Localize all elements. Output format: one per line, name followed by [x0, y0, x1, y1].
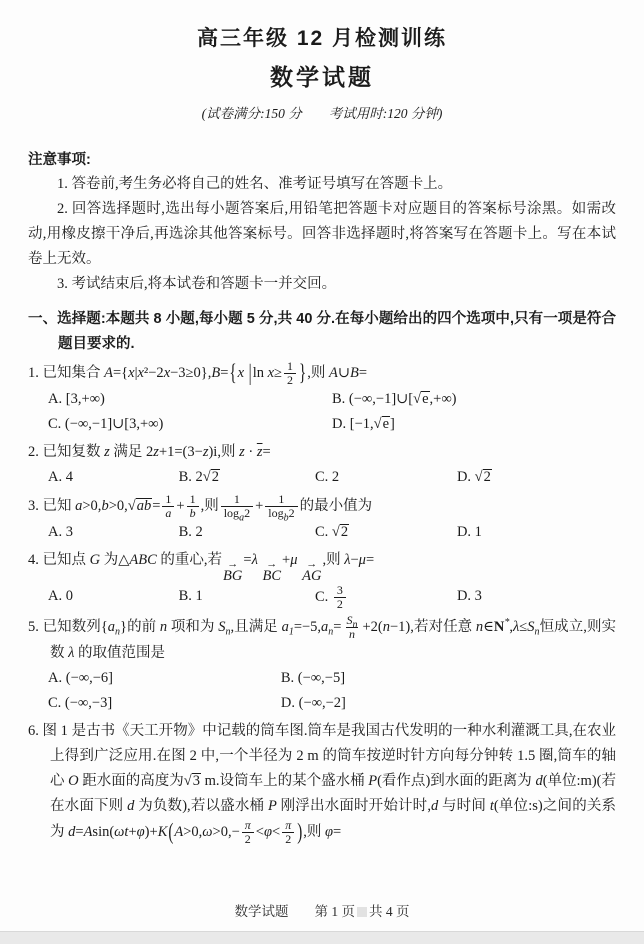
options-row: A. (−∞,−6]B. (−∞,−5]	[28, 666, 616, 691]
question-6: 6. 图 1 是古书《天工开物》中记载的筒车图.筒车是我国古代发明的一种水利灌溉…	[28, 719, 616, 846]
math-var: n	[349, 627, 355, 641]
math-var: z	[104, 444, 110, 460]
option-label: C.	[315, 524, 332, 540]
radicand: e	[382, 416, 390, 433]
math-var: π	[285, 818, 291, 832]
vector: →BG	[223, 561, 242, 584]
section-heading: 一、选择题:本题共 8 小题,每小题 5 分,共 40 分.在每小题给出的四个选…	[28, 307, 616, 357]
exam-subtitle: 数学试题	[28, 62, 616, 92]
sub-script: n	[225, 627, 230, 638]
square-root: √2	[203, 469, 220, 485]
option-label: A.	[48, 391, 66, 407]
vector-letters: BC	[262, 569, 281, 584]
questions-list: 1. 已知集合 A={x|x²−2x−3≥0},B={x |ln x≥12},则…	[28, 360, 616, 846]
math-var: A	[84, 824, 93, 840]
option-D: D. (−∞,−2]	[281, 691, 616, 716]
fraction: 12	[284, 360, 296, 387]
math-var: φ	[137, 824, 145, 840]
math-var: ab	[137, 498, 152, 514]
math-var: x	[238, 365, 244, 381]
option-label: D.	[281, 695, 299, 711]
vector-letters: AG	[302, 569, 321, 584]
option-D: D. 1	[457, 520, 616, 545]
math-var: μ	[359, 552, 366, 568]
denominator: n	[346, 627, 358, 641]
math-var: π	[245, 818, 251, 832]
options-row: A. 4B. 2√2C. 2D. √2	[28, 465, 616, 490]
square-root: √e	[374, 416, 390, 432]
denominator: a	[162, 506, 174, 520]
square-root: √3	[184, 773, 201, 789]
vector: →BC	[262, 561, 281, 584]
option-A: A. (−∞,−6]	[48, 666, 281, 691]
math-var: S	[527, 619, 534, 635]
question-5: 5. 已知数列{an}的前 n 项和为 Sn,且满足 a1=−5,an=Snn+…	[28, 614, 616, 716]
math-var: λ	[513, 619, 519, 635]
math-var: ω	[202, 824, 212, 840]
question-4: 4. 已知点 G 为△ABC 的重心,若→BG=λ →BC+μ →AG,则 λ−…	[28, 548, 616, 611]
option-label: A.	[48, 588, 66, 604]
math-var: d	[127, 798, 134, 814]
radical-icon: √	[374, 412, 382, 437]
notice-item-2: 2. 回答选择题时,选出每小题答案后,用铅笔把答题卡对应题目的答案标号涂黑。如需…	[28, 197, 616, 272]
radicand: 2	[483, 469, 492, 486]
math-var: x	[137, 365, 143, 381]
math-var: λ	[252, 552, 258, 568]
radicand: 2	[211, 469, 220, 486]
option-A: A. 0	[48, 584, 179, 611]
math-var: φ	[264, 824, 272, 840]
fraction: 1b	[187, 493, 199, 520]
denominator: 2	[334, 597, 346, 611]
math-var: z	[203, 444, 209, 460]
math-var: n	[383, 619, 390, 635]
numerator: Sn	[343, 614, 360, 627]
radicand: ab	[136, 498, 153, 515]
option-B: B. 2	[179, 520, 315, 545]
option-label: B.	[179, 524, 196, 540]
option-label: D.	[457, 469, 475, 485]
option-C: C. 2	[315, 465, 457, 490]
option-B: B. 1	[179, 584, 315, 611]
math-var: B	[350, 365, 359, 381]
math-var: x	[268, 365, 274, 381]
math-var: φ	[325, 824, 333, 840]
radicand: 2	[340, 524, 349, 541]
footer-doc-title: 数学试题	[235, 904, 289, 919]
denominator: logb2	[265, 506, 297, 520]
radical-icon: √	[184, 769, 192, 794]
denominator: b	[187, 506, 199, 520]
big-delimiter: (	[168, 814, 173, 853]
option-D: D. √2	[457, 465, 616, 490]
fraction: π2	[282, 819, 294, 846]
numerator: 1	[284, 360, 296, 373]
math-var: O	[68, 773, 78, 789]
math-var: x	[164, 365, 170, 381]
exam-meta: (试卷满分:150 分 考试用时:120 分钟)	[28, 105, 616, 123]
option-B: B. (−∞,−1]∪[√e,+∞)	[332, 387, 616, 412]
option-C: C. (−∞,−3]	[48, 691, 281, 716]
option-A: A. 4	[48, 465, 179, 490]
denominator: 2	[282, 832, 294, 846]
option-C: C. 32	[315, 584, 457, 611]
radicand: e	[421, 391, 429, 408]
conjugate-bar: z	[257, 444, 263, 460]
question-stem: 1. 已知集合 A={x|x²−2x−3≥0},B={x |ln x≥12},则…	[28, 360, 616, 387]
question-stem: 3. 已知 a>0,b>0,√ab=1a+1b,则1loga2+1logb2的最…	[28, 493, 616, 520]
option-label: B.	[332, 391, 349, 407]
options-row: C. (−∞,−1]∪[3,+∞)D. [−1,√e]	[28, 412, 616, 437]
numerator: π	[242, 819, 254, 832]
math-var: λ	[344, 552, 350, 568]
math-var: d	[535, 773, 542, 789]
option-label: A.	[48, 670, 66, 686]
math-var: A	[329, 365, 338, 381]
math-var: n	[160, 619, 167, 635]
math-var: P	[368, 773, 377, 789]
big-delimiter: |	[249, 355, 252, 394]
numerator: 3	[334, 584, 346, 597]
question-stem: 2. 已知复数 z 满足 2z+1=(3−z)i,则 z · z=	[28, 440, 616, 465]
radicand: 3	[192, 773, 201, 790]
fraction: Snn	[343, 614, 360, 641]
math-var: a	[75, 498, 82, 514]
fraction: 1logb2	[265, 493, 297, 520]
notice-heading: 注意事项:	[28, 148, 616, 172]
vector: →AG	[302, 561, 321, 584]
math-var: G	[90, 552, 100, 568]
math-var: x	[128, 365, 134, 381]
denominator: 2	[242, 832, 254, 846]
radical-icon: √	[332, 520, 340, 545]
square-root: √2	[332, 524, 349, 540]
exam-title: 高三年级 12 月检测训练	[28, 26, 616, 52]
radical-icon: √	[203, 465, 211, 490]
scan-edge-strip	[0, 931, 644, 944]
math-var: A	[174, 824, 183, 840]
math-var: a	[282, 619, 289, 635]
question-stem: 4. 已知点 G 为△ABC 的重心,若→BG=λ →BC+μ →AG,则 λ−…	[28, 548, 616, 584]
big-delimiter: {	[229, 355, 236, 394]
math-var: z	[153, 444, 159, 460]
denominator: 2	[284, 373, 296, 387]
math-var: b	[101, 498, 108, 514]
footer-page-number: 第 1 页	[315, 904, 356, 919]
exam-paper-page: 高三年级 12 月检测训练 数学试题 (试卷满分:150 分 考试用时:120 …	[0, 0, 644, 944]
footer-page-total: 共 4 页	[369, 904, 410, 919]
fraction: π2	[242, 819, 254, 846]
option-label: A.	[48, 469, 66, 485]
math-var: λ	[68, 645, 74, 661]
math-var: μ	[290, 552, 297, 568]
radical-icon: √	[475, 465, 483, 490]
option-label: B.	[179, 469, 196, 485]
square-root: √ab	[128, 498, 152, 514]
sub-script: 1	[289, 627, 294, 638]
options-row: A. 3B. 2C. √2D. 1	[28, 520, 616, 545]
sub-script: n	[115, 627, 120, 638]
sub-script: n	[328, 627, 333, 638]
math-var: ωt	[114, 824, 128, 840]
option-label: C.	[48, 695, 65, 711]
square-root: √2	[475, 469, 492, 485]
option-label: D.	[457, 524, 475, 540]
numerator: π	[282, 819, 294, 832]
fraction: 32	[334, 584, 346, 611]
fraction: 1a	[162, 493, 174, 520]
math-var: d	[431, 798, 438, 814]
option-label: A.	[48, 524, 66, 540]
math-var: P	[268, 798, 277, 814]
numerator: 1	[162, 493, 174, 506]
question-stem: 6. 图 1 是古书《天工开物》中记载的筒车图.筒车是我国古代发明的一种水利灌溉…	[28, 719, 616, 846]
math-var: n	[476, 619, 483, 635]
big-delimiter: )	[297, 814, 302, 853]
question-stem: 5. 已知数列{an}的前 n 项和为 Sn,且满足 a1=−5,an=Snn+…	[28, 614, 616, 666]
math-var: B	[211, 365, 220, 381]
math-var: d	[68, 824, 75, 840]
question-3: 3. 已知 a>0,b>0,√ab=1a+1b,则1loga2+1logb2的最…	[28, 493, 616, 545]
math-bold: N	[494, 619, 504, 635]
numerator: 1	[187, 493, 199, 506]
option-D: D. [−1,√e]	[332, 412, 616, 437]
math-var: z	[239, 444, 245, 460]
math-var: a	[165, 506, 171, 520]
denominator: loga2	[221, 506, 253, 520]
math-var: b	[190, 506, 196, 520]
options-row: A. [3,+∞)B. (−∞,−1]∪[√e,+∞)	[28, 387, 616, 412]
notice-item-1: 1. 答卷前,考生务必将自己的姓名、准考证号填写在答题卡上。	[28, 172, 616, 197]
option-C: C. (−∞,−1]∪[3,+∞)	[48, 412, 332, 437]
numerator: 1	[275, 493, 287, 506]
square-root: √e	[413, 391, 429, 407]
vector-letters: BG	[223, 569, 242, 584]
sup-script: *	[504, 617, 509, 628]
options-row: A. 0B. 1C. 32D. 3	[28, 584, 616, 611]
math-var: t	[490, 798, 494, 814]
fraction: 1loga2	[221, 493, 253, 520]
option-label: D.	[332, 416, 350, 432]
option-label: C.	[48, 416, 65, 432]
notice-item-3: 3. 考试结束后,将本试卷和答题卡一并交回。	[28, 272, 616, 297]
sub-script: n	[535, 627, 540, 638]
option-label: B.	[281, 670, 298, 686]
option-label: C.	[315, 469, 332, 485]
math-var: A	[104, 365, 113, 381]
option-label: D.	[457, 588, 475, 604]
page-footer: 数学试题第 1 页共 4 页	[0, 900, 644, 920]
option-D: D. 3	[457, 584, 616, 611]
options-row: C. (−∞,−3]D. (−∞,−2]	[28, 691, 616, 716]
option-B: B. 2√2	[179, 465, 315, 490]
math-var: a	[108, 619, 115, 635]
footer-smudge-mark	[357, 907, 367, 917]
option-C: C. √2	[315, 520, 457, 545]
option-label: B.	[179, 588, 196, 604]
numerator: 1	[231, 493, 243, 506]
option-A: A. 3	[48, 520, 179, 545]
option-label: C.	[315, 589, 332, 605]
math-var: ABC	[129, 552, 156, 568]
option-B: B. (−∞,−5]	[281, 666, 616, 691]
math-var: K	[158, 824, 168, 840]
radical-icon: √	[128, 494, 136, 519]
question-2: 2. 已知复数 z 满足 2z+1=(3−z)i,则 z · z=A. 4B. …	[28, 440, 616, 490]
radical-icon: √	[413, 387, 421, 412]
question-1: 1. 已知集合 A={x|x²−2x−3≥0},B={x |ln x≥12},则…	[28, 360, 616, 437]
big-delimiter: }	[299, 355, 306, 394]
option-A: A. [3,+∞)	[48, 387, 332, 412]
page-content: 高三年级 12 月检测训练 数学试题 (试卷满分:150 分 考试用时:120 …	[0, 0, 644, 846]
